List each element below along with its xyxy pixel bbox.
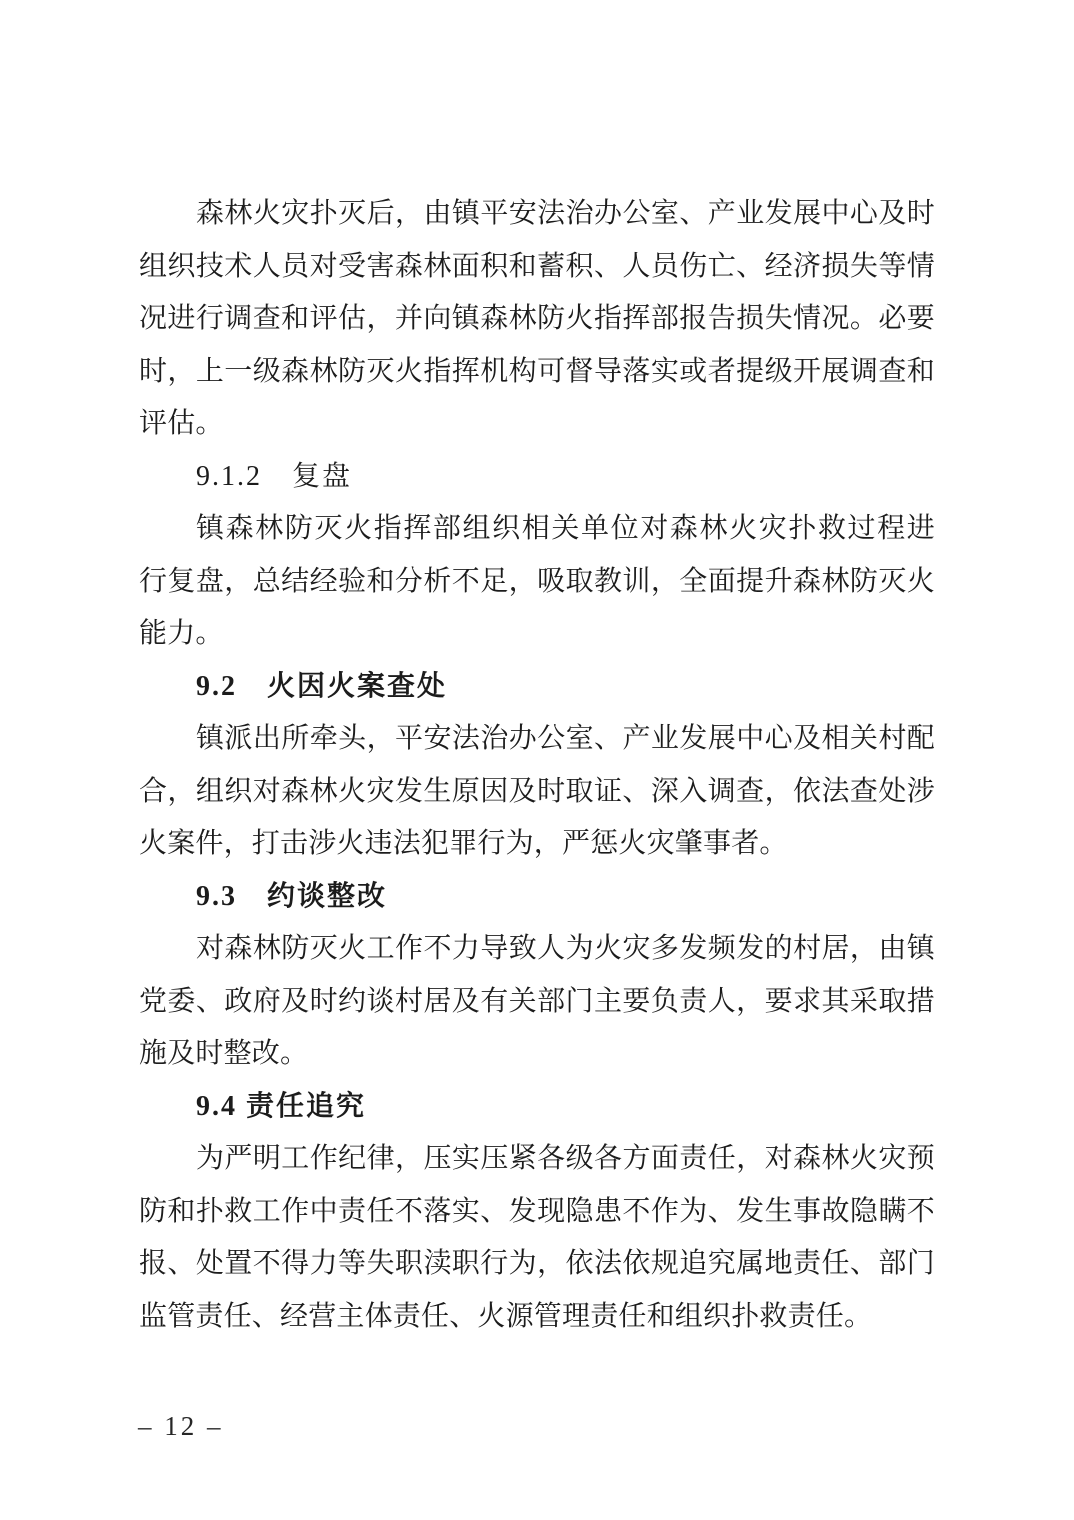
paragraph-line: 对森林防灭火工作不力导致人为火灾多发频发的村居，由镇 (139, 923, 935, 976)
text-block: 森林火灾扑灭后，由镇平安法治办公室、产业发展中心及时组织技术人员对受害森林面积和… (139, 188, 935, 1343)
paragraph-line: 合，组织对森林火灾发生原因及时取证、深入调查，依法查处涉 (139, 766, 935, 819)
heading-line: 9.3 约谈整改 (139, 871, 935, 924)
para-loss-investigation: 森林火灾扑灭后，由镇平安法治办公室、产业发展中心及时组织技术人员对受害森林面积和… (139, 188, 935, 451)
heading-line: 9.2 火因火案查处 (139, 661, 935, 714)
paragraph-line: 森林火灾扑灭后，由镇平安法治办公室、产业发展中心及时 (139, 188, 935, 241)
paragraph-line: 为严明工作纪律，压实压紧各级各方面责任，对森林火灾预 (139, 1133, 935, 1186)
paragraph-line: 镇派出所牵头，平安法治办公室、产业发展中心及相关村配 (139, 713, 935, 766)
heading-9-3-interview-rectification: 9.3 约谈整改 (139, 871, 935, 924)
heading-9-4-accountability: 9.4 责任追究 (139, 1081, 935, 1134)
para-accountability: 为严明工作纪律，压实压紧各级各方面责任，对森林火灾预防和扑救工作中责任不落实、发… (139, 1133, 935, 1343)
paragraph-line: 防和扑救工作中责任不落实、发现隐患不作为、发生事故隐瞒不 (139, 1186, 935, 1239)
document-page: 森林火灾扑灭后，由镇平安法治办公室、产业发展中心及时组织技术人员对受害森林面积和… (0, 0, 1074, 1520)
page-number: – 12 – (138, 1408, 224, 1444)
paragraph-line: 行复盘，总结经验和分析不足，吸取教训，全面提升森林防灭火 (139, 556, 935, 609)
paragraph-line: 况进行调查和评估，并向镇森林防火指挥部报告损失情况。必要 (139, 293, 935, 346)
paragraph-line: 火案件，打击涉火违法犯罪行为，严惩火灾肇事者。 (139, 818, 935, 871)
heading-line: 9.1.2 复盘 (139, 451, 935, 504)
para-fire-cause-investigation: 镇派出所牵头，平安法治办公室、产业发展中心及相关村配合，组织对森林火灾发生原因及… (139, 713, 935, 871)
heading-line: 9.4 责任追究 (139, 1081, 935, 1134)
para-review: 镇森林防灭火指挥部组织相关单位对森林火灾扑救过程进行复盘，总结经验和分析不足，吸… (139, 503, 935, 661)
paragraph-line: 施及时整改。 (139, 1028, 935, 1081)
paragraph-line: 能力。 (139, 608, 935, 661)
paragraph-line: 监管责任、经营主体责任、火源管理责任和组织扑救责任。 (139, 1291, 935, 1344)
heading-9-1-2-review: 9.1.2 复盘 (139, 451, 935, 504)
paragraph-line: 镇森林防灭火指挥部组织相关单位对森林火灾扑救过程进 (139, 503, 935, 556)
paragraph-line: 评估。 (139, 398, 935, 451)
paragraph-line: 组织技术人员对受害森林面积和蓄积、人员伤亡、经济损失等情 (139, 241, 935, 294)
paragraph-line: 党委、政府及时约谈村居及有关部门主要负责人，要求其采取措 (139, 976, 935, 1029)
paragraph-line: 时，上一级森林防灭火指挥机构可督导落实或者提级开展调查和 (139, 346, 935, 399)
para-interview-rectification: 对森林防灭火工作不力导致人为火灾多发频发的村居，由镇党委、政府及时约谈村居及有关… (139, 923, 935, 1081)
heading-9-2-fire-cause-investigation: 9.2 火因火案查处 (139, 661, 935, 714)
paragraph-line: 报、处置不得力等失职渎职行为，依法依规追究属地责任、部门 (139, 1238, 935, 1291)
